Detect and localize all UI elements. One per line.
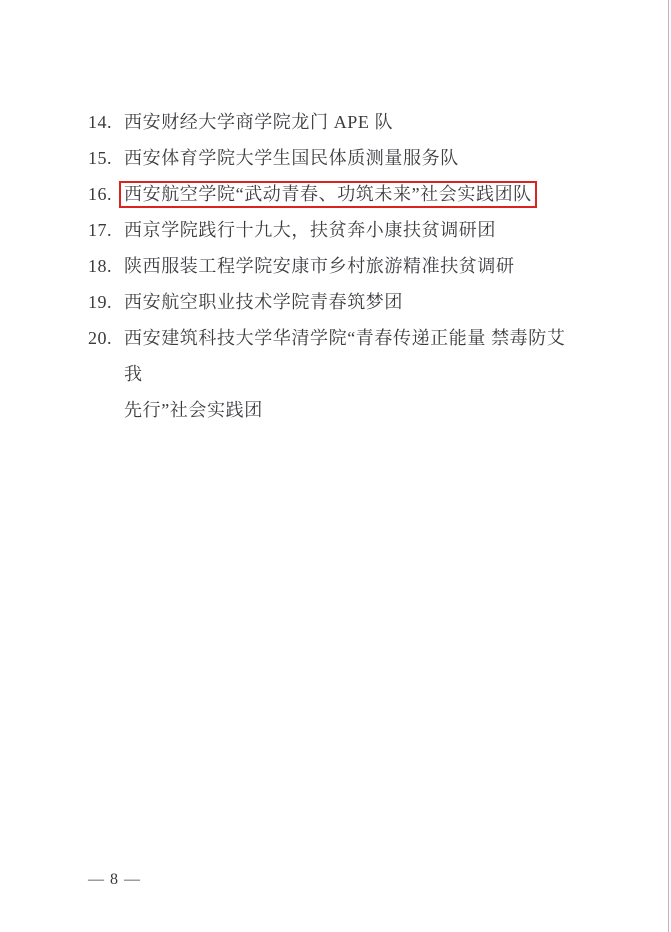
list-item: 20. 西安建筑科技大学华清学院“青春传递正能量 禁毒防艾我 先行”社会实践团: [88, 320, 574, 428]
page-edge-line: [668, 0, 669, 932]
list-item-text-line: 西安建筑科技大学华清学院“青春传递正能量 禁毒防艾我: [124, 320, 574, 392]
list-item-number: 20.: [88, 320, 124, 356]
list-item: 17. 西京学院践行十九大，扶贫奔小康扶贫调研团: [88, 212, 574, 248]
list-item-text-line: 先行”社会实践团: [124, 392, 574, 428]
list-item-text: 西安航空学院“武动青春、功筑未来”社会实践团队: [124, 176, 537, 212]
page-number: — 8 —: [88, 870, 141, 890]
list-item-text: 西安建筑科技大学华清学院“青春传递正能量 禁毒防艾我 先行”社会实践团: [124, 320, 574, 428]
team-list: 14. 西安财经大学商学院龙门 APE 队 15. 西安体育学院大学生国民体质测…: [88, 104, 574, 428]
list-item-number: 17.: [88, 212, 124, 248]
list-item-number: 15.: [88, 140, 124, 176]
list-item-highlighted: 16. 西安航空学院“武动青春、功筑未来”社会实践团队: [88, 176, 574, 212]
list-item-text: 西安体育学院大学生国民体质测量服务队: [124, 140, 459, 176]
list-item: 15. 西安体育学院大学生国民体质测量服务队: [88, 140, 574, 176]
list-item-text: 西安财经大学商学院龙门 APE 队: [124, 104, 393, 140]
document-page: 14. 西安财经大学商学院龙门 APE 队 15. 西安体育学院大学生国民体质测…: [0, 0, 671, 932]
highlight-box: 西安航空学院“武动青春、功筑未来”社会实践团队: [119, 181, 537, 208]
list-item-text: 西京学院践行十九大，扶贫奔小康扶贫调研团: [124, 212, 496, 248]
list-item-number: 14.: [88, 104, 124, 140]
list-item: 19. 西安航空职业技术学院青春筑梦团: [88, 284, 574, 320]
list-item-number: 19.: [88, 284, 124, 320]
list-item: 14. 西安财经大学商学院龙门 APE 队: [88, 104, 574, 140]
list-item-text: 西安航空职业技术学院青春筑梦团: [124, 284, 403, 320]
list-item-number: 18.: [88, 248, 124, 284]
list-item: 18. 陕西服装工程学院安康市乡村旅游精准扶贫调研: [88, 248, 574, 284]
list-item-text: 陕西服装工程学院安康市乡村旅游精准扶贫调研: [124, 248, 515, 284]
